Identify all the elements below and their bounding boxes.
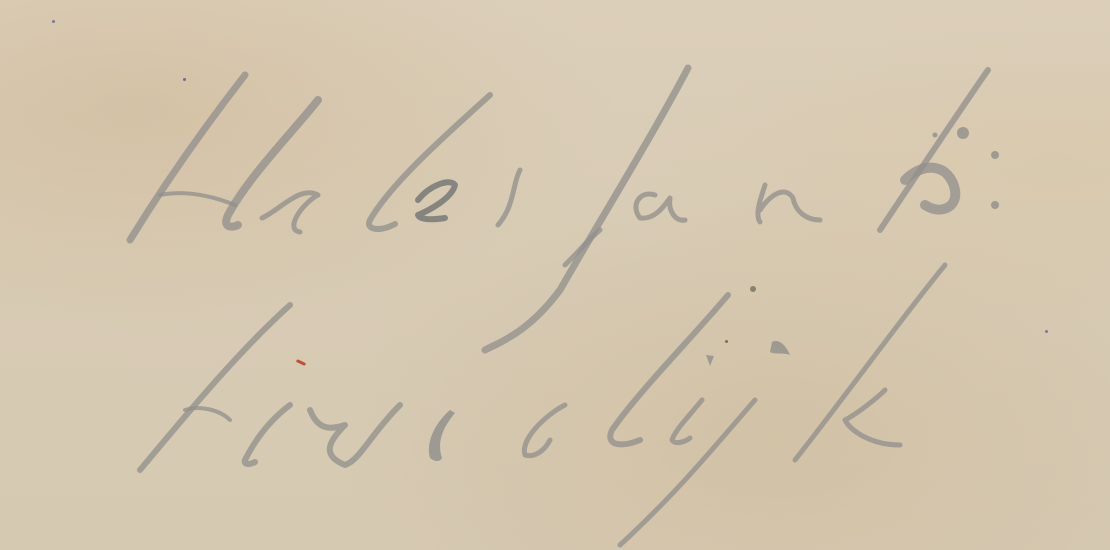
paper-speck — [750, 286, 756, 292]
paper-sheet: Helesfant: hinnelijk — [0, 0, 1110, 550]
handwriting-line-1 — [130, 68, 999, 350]
paper-speck — [52, 20, 55, 23]
paper-speck — [1045, 330, 1048, 333]
paper-speck — [183, 78, 186, 81]
handwriting-strokes — [0, 0, 1110, 550]
paper-speck — [725, 340, 728, 343]
